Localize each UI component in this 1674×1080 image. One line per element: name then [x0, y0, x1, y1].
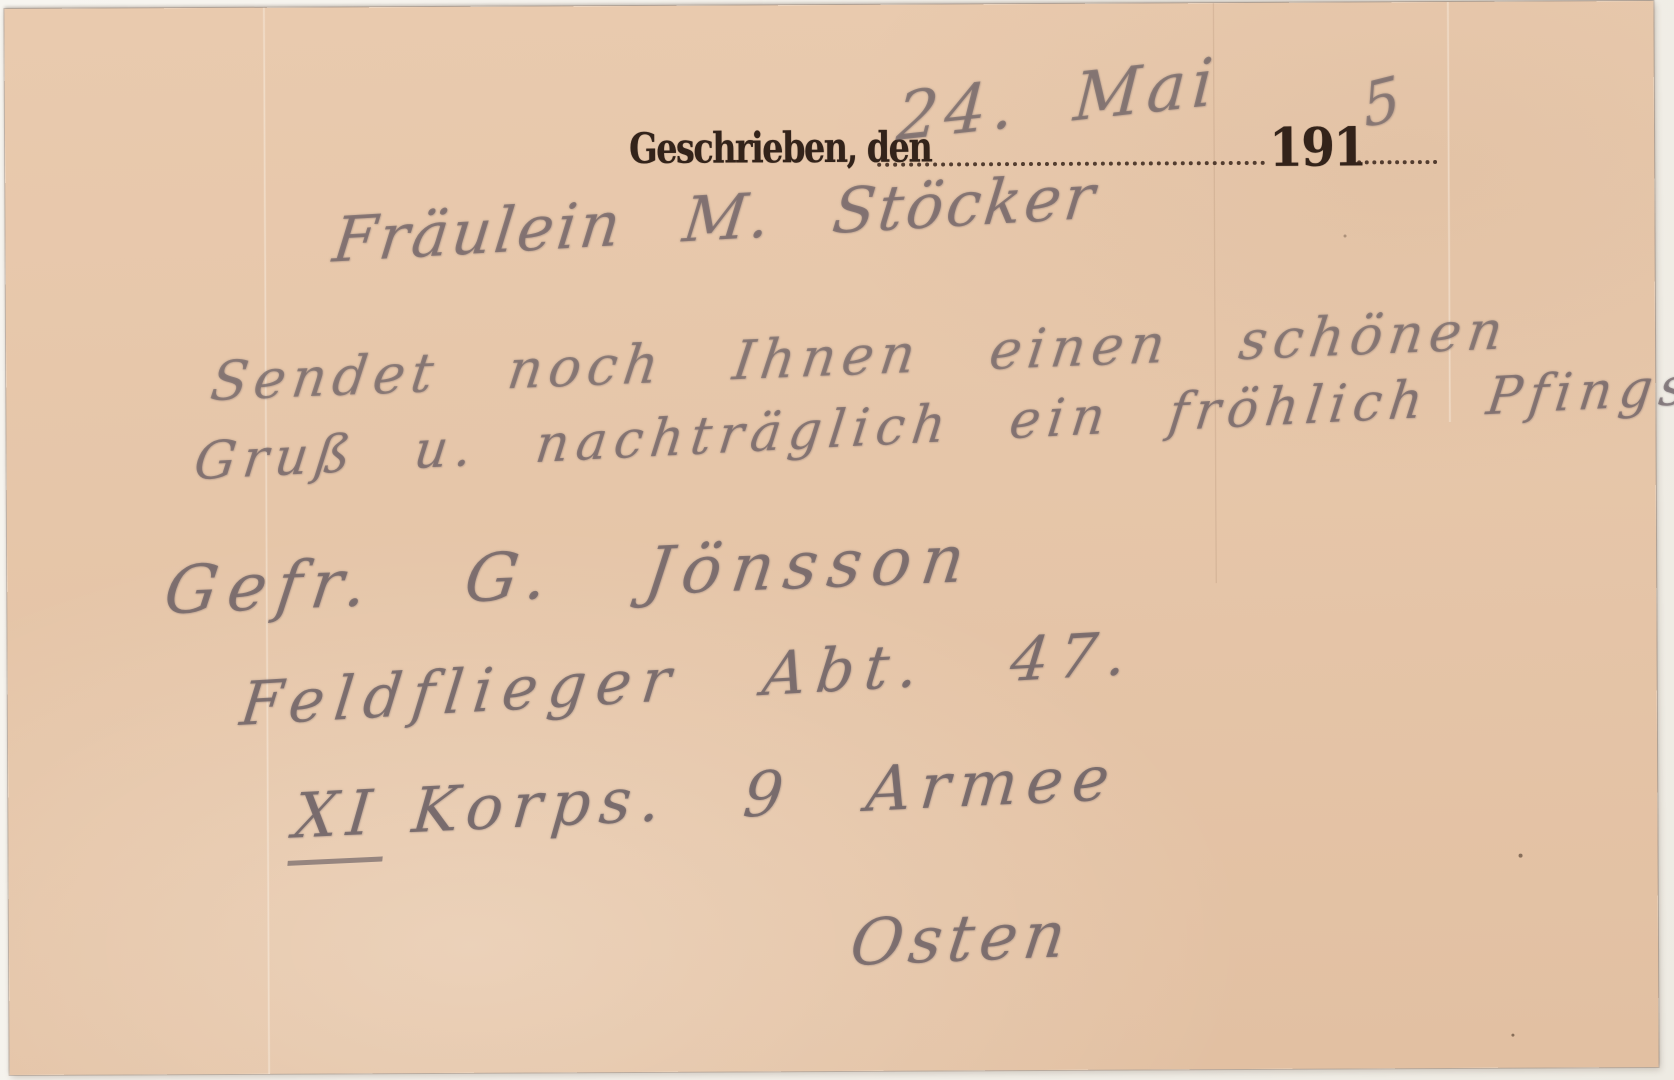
- printed-year-prefix: 191: [1269, 116, 1366, 178]
- paper-speck: [1344, 234, 1347, 237]
- handwritten-recipient-line: Fräulein M. Stöcker: [329, 159, 1101, 276]
- handwritten-corps-line: XIKorps. 9 Armee: [287, 741, 1121, 866]
- paper-crease-left: [262, 8, 270, 1074]
- postcard: Geschrieben, den 191 24. Mai 5 Fräulein …: [4, 1, 1658, 1075]
- handwritten-year-digit: 5: [1359, 63, 1404, 143]
- paper-speck: [1511, 1034, 1514, 1037]
- corps-roman-numeral-underlined: XI: [287, 775, 390, 866]
- handwritten-unit-line: Feldflieger Abt. 47.: [237, 618, 1140, 740]
- handwritten-location-line: Osten: [846, 898, 1076, 981]
- paper-speck: [1519, 854, 1523, 858]
- handwritten-sender-line: Gefr. G. Jönsson: [160, 520, 979, 630]
- handwritten-date: 24. Mai: [894, 43, 1221, 156]
- corps-line-text: Korps. 9 Armee: [409, 741, 1121, 847]
- year-dotted-line: [1357, 160, 1437, 164]
